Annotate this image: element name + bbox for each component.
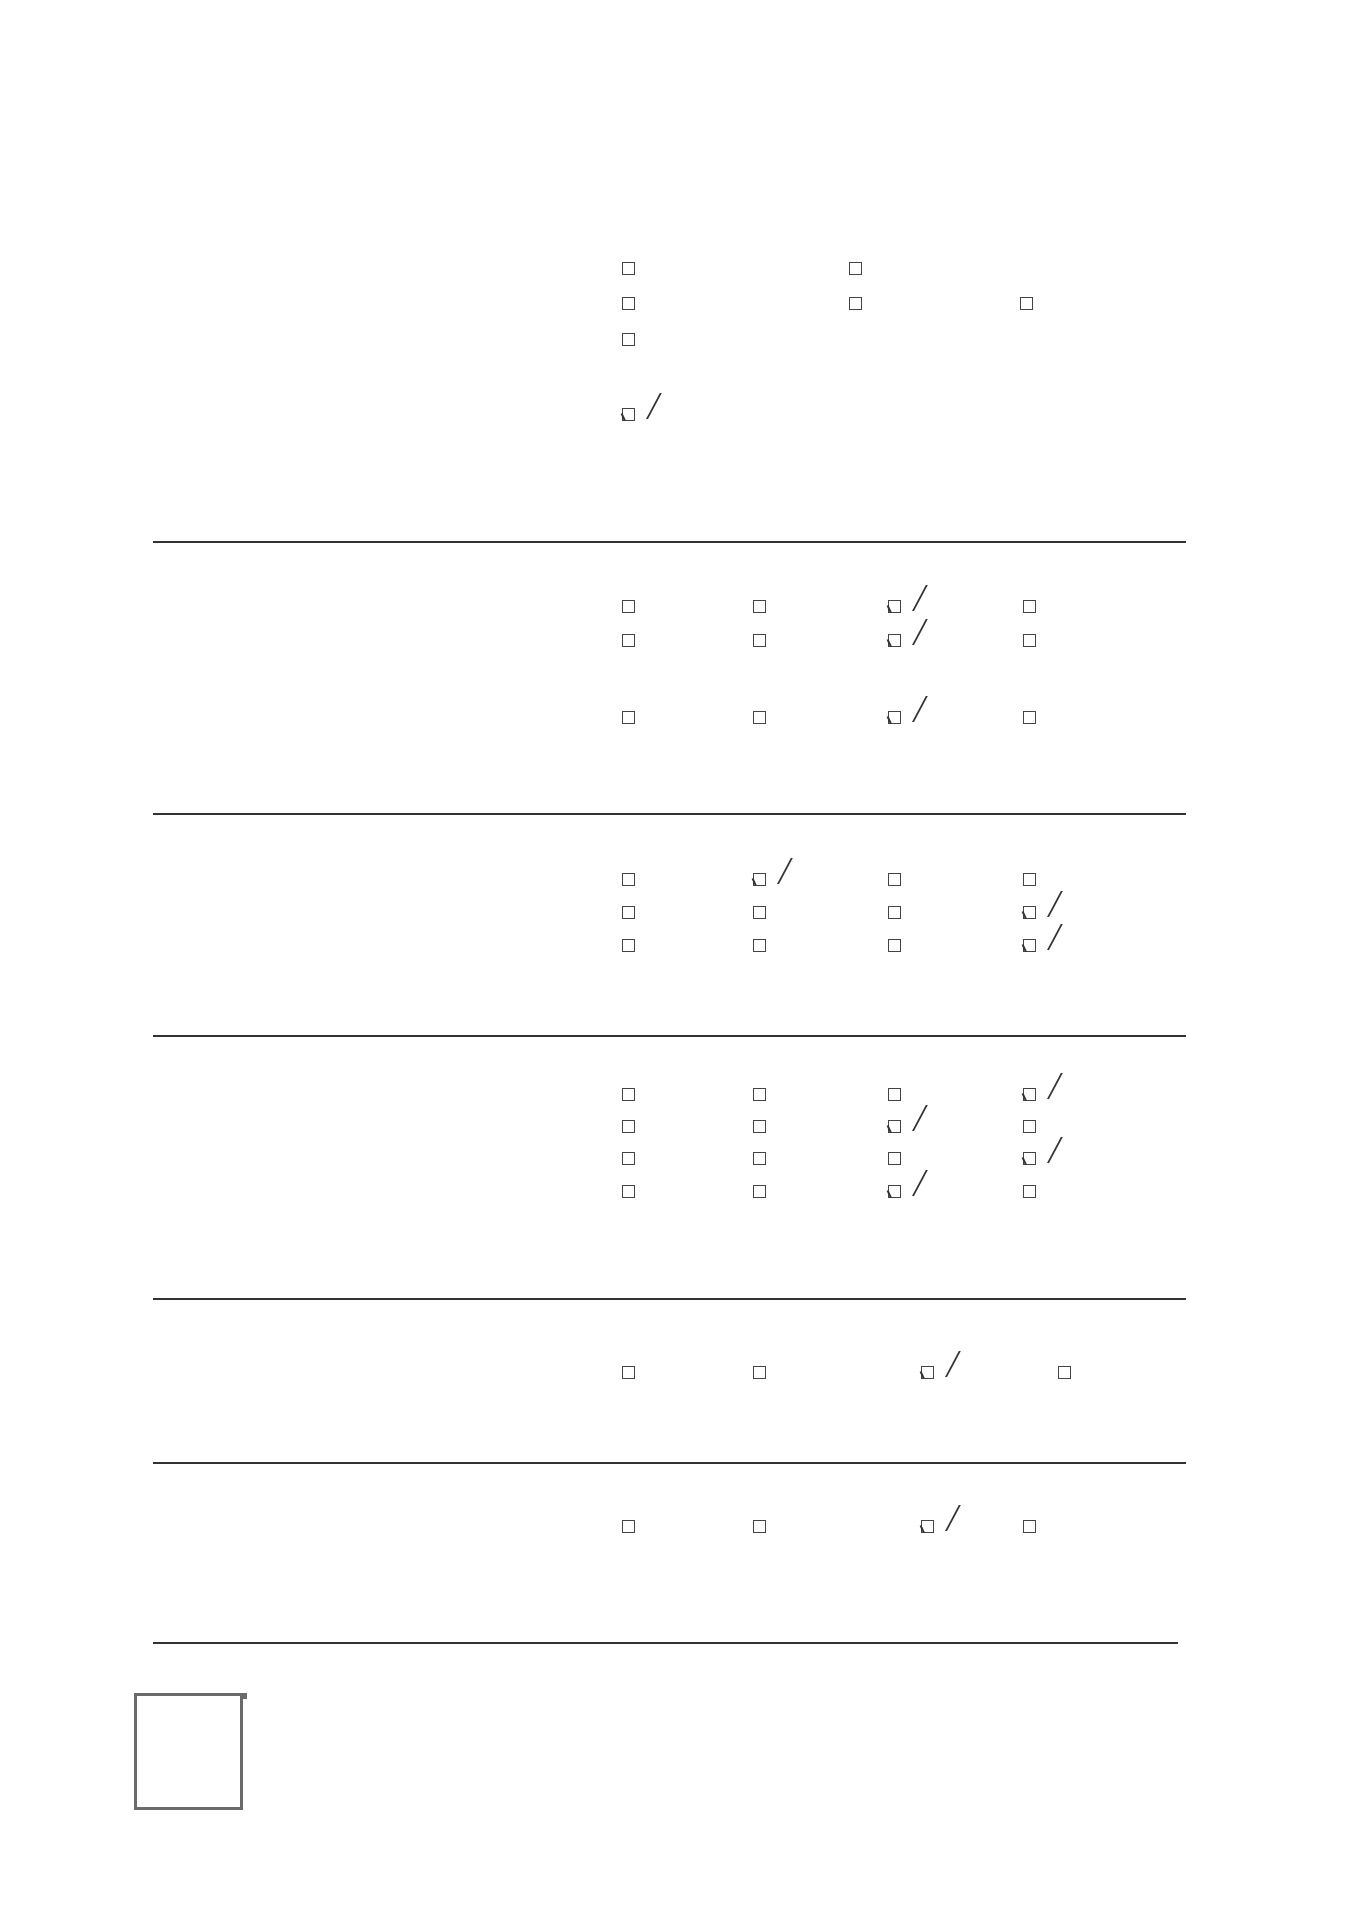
q5-manners-bad[interactable] (622, 1088, 642, 1101)
checkbox[interactable] (1023, 634, 1036, 647)
checkbox[interactable] (622, 600, 635, 613)
q3-design-very-clear[interactable] (1023, 634, 1043, 647)
q4-meeting-short[interactable] (888, 873, 908, 886)
checkbox[interactable] (622, 262, 635, 275)
checkbox[interactable] (622, 1152, 635, 1165)
q1-option-passing-by[interactable] (849, 297, 869, 310)
q5-tidiness-good[interactable] (888, 1120, 908, 1133)
checkbox-checked[interactable] (1023, 906, 1036, 919)
q1-option-other[interactable] (622, 408, 642, 421)
q3-content-normal[interactable] (753, 711, 773, 724)
q4-answers-very-clear[interactable] (1023, 939, 1043, 952)
checkbox-checked[interactable] (921, 1520, 934, 1533)
q1-option-direct-mail[interactable] (622, 262, 642, 275)
q5-tidiness-very-good[interactable] (1023, 1120, 1043, 1133)
q4-appearance-very-good[interactable] (1023, 906, 1043, 919)
checkbox[interactable] (622, 634, 635, 647)
q4-answers-clear[interactable] (888, 939, 908, 952)
q4-answer-line (153, 1035, 1186, 1037)
q7-would-not[interactable] (622, 1520, 642, 1533)
checkbox[interactable] (622, 1520, 635, 1533)
checkbox-checked[interactable] (753, 873, 766, 886)
checkbox[interactable] (1023, 873, 1036, 886)
q5-supervisor-good[interactable] (888, 1152, 908, 1165)
q5-supervisor-normal[interactable] (753, 1152, 773, 1165)
q6-as-expected[interactable] (921, 1366, 941, 1379)
checkbox[interactable] (888, 939, 901, 952)
q8-answer-line (153, 1642, 1178, 1644)
q3-timing-fast[interactable] (888, 600, 908, 613)
checkbox[interactable] (888, 1152, 901, 1165)
q3-design-unclear[interactable] (622, 634, 642, 647)
checkbox-checked[interactable] (888, 634, 901, 647)
q3-design-normal[interactable] (753, 634, 773, 647)
q6-above-expectation[interactable] (1058, 1366, 1078, 1379)
q4-appearance-good[interactable] (888, 906, 908, 919)
checkbox[interactable] (622, 711, 635, 724)
q5-satisfaction-very-good[interactable] (1023, 1185, 1043, 1198)
checkbox[interactable] (753, 1152, 766, 1165)
checkbox[interactable] (753, 711, 766, 724)
q1-option-staff-visit[interactable] (622, 297, 642, 310)
q6-answer-line (153, 1462, 1186, 1464)
q2-answer-line (153, 541, 1186, 543)
q4-appearance-bad[interactable] (622, 906, 642, 919)
checkbox[interactable] (753, 1366, 766, 1379)
checkbox-checked[interactable] (888, 1120, 901, 1133)
q5-tidiness-normal[interactable] (753, 1120, 773, 1133)
checkbox[interactable] (622, 1366, 635, 1379)
checkbox[interactable] (622, 1185, 635, 1198)
q3-timing-very-fast[interactable] (1023, 600, 1043, 613)
q4-meeting-long[interactable] (622, 873, 642, 886)
checkbox[interactable] (753, 1120, 766, 1133)
q5-tidiness-bad[interactable] (622, 1120, 642, 1133)
q5-satisfaction-satisfied[interactable] (888, 1185, 908, 1198)
purpose-step-1 (134, 1693, 243, 1810)
checkbox[interactable] (1023, 711, 1036, 724)
checkbox[interactable] (888, 906, 901, 919)
q5-manners-very-good[interactable] (1023, 1088, 1043, 1101)
q3-design-clear[interactable] (888, 634, 908, 647)
checkbox-checked[interactable] (888, 1185, 901, 1198)
q6-slightly-below[interactable] (753, 1366, 773, 1379)
q7-would[interactable] (921, 1520, 941, 1533)
checkbox[interactable] (753, 1185, 766, 1198)
checkbox-checked[interactable] (921, 1366, 934, 1379)
checkbox[interactable] (622, 333, 635, 346)
q5-satisfaction-normal[interactable] (753, 1185, 773, 1198)
checkbox[interactable] (888, 1088, 901, 1101)
checkbox[interactable] (753, 1520, 766, 1533)
q7-definitely[interactable] (1023, 1520, 1043, 1533)
q4-meeting-just-right[interactable] (753, 873, 773, 886)
q3-answer-line (153, 813, 1186, 815)
q3-content-below[interactable] (622, 711, 642, 724)
q5-answer-line (153, 1298, 1186, 1300)
checkbox[interactable] (1023, 1120, 1036, 1133)
q1-option-flyer[interactable] (849, 262, 869, 275)
checkbox[interactable] (622, 939, 635, 952)
q5-manners-normal[interactable] (753, 1088, 773, 1101)
checkbox[interactable] (753, 1088, 766, 1101)
checkbox[interactable] (622, 1088, 635, 1101)
q3-timing-slow[interactable] (622, 600, 642, 613)
checkbox[interactable] (1023, 1520, 1036, 1533)
q4-appearance-normal[interactable] (753, 906, 773, 919)
checkbox[interactable] (849, 297, 862, 310)
checkbox-checked[interactable] (1023, 939, 1036, 952)
q3-timing-appropriate[interactable] (753, 600, 773, 613)
checkbox[interactable] (888, 873, 901, 886)
checkbox[interactable] (753, 939, 766, 952)
q5-supervisor-bad[interactable] (622, 1152, 642, 1165)
q5-supervisor-very-good[interactable] (1023, 1152, 1043, 1165)
q1-option-referral[interactable] (1020, 297, 1040, 310)
checkbox[interactable] (849, 262, 862, 275)
q7-neutral[interactable] (753, 1520, 773, 1533)
q3-content-as-expected[interactable] (888, 711, 908, 724)
checkbox-checked[interactable] (1023, 1088, 1036, 1101)
checkbox[interactable] (1023, 600, 1036, 613)
checkbox[interactable] (1023, 1185, 1036, 1198)
q4-answers-normal[interactable] (753, 939, 773, 952)
q5-manners-good[interactable] (888, 1088, 908, 1101)
q4-meeting-very-short[interactable] (1023, 873, 1043, 886)
checkbox-checked[interactable] (888, 711, 901, 724)
checkbox-checked[interactable] (622, 408, 635, 421)
checkbox[interactable] (622, 297, 635, 310)
q1-option-internet[interactable] (622, 333, 642, 346)
checkbox[interactable] (622, 1120, 635, 1133)
checkbox[interactable] (1020, 297, 1033, 310)
q6-below-expectation[interactable] (622, 1366, 642, 1379)
q5-satisfaction-unsatisfied[interactable] (622, 1185, 642, 1198)
q3-content-above[interactable] (1023, 711, 1043, 724)
checkbox[interactable] (1058, 1366, 1071, 1379)
checkbox-checked[interactable] (1023, 1152, 1036, 1165)
checkbox[interactable] (753, 600, 766, 613)
checkbox[interactable] (622, 906, 635, 919)
checkbox[interactable] (753, 906, 766, 919)
q4-answers-unclear[interactable] (622, 939, 642, 952)
checkbox[interactable] (622, 873, 635, 886)
checkbox-checked[interactable] (888, 600, 901, 613)
checkbox[interactable] (753, 634, 766, 647)
